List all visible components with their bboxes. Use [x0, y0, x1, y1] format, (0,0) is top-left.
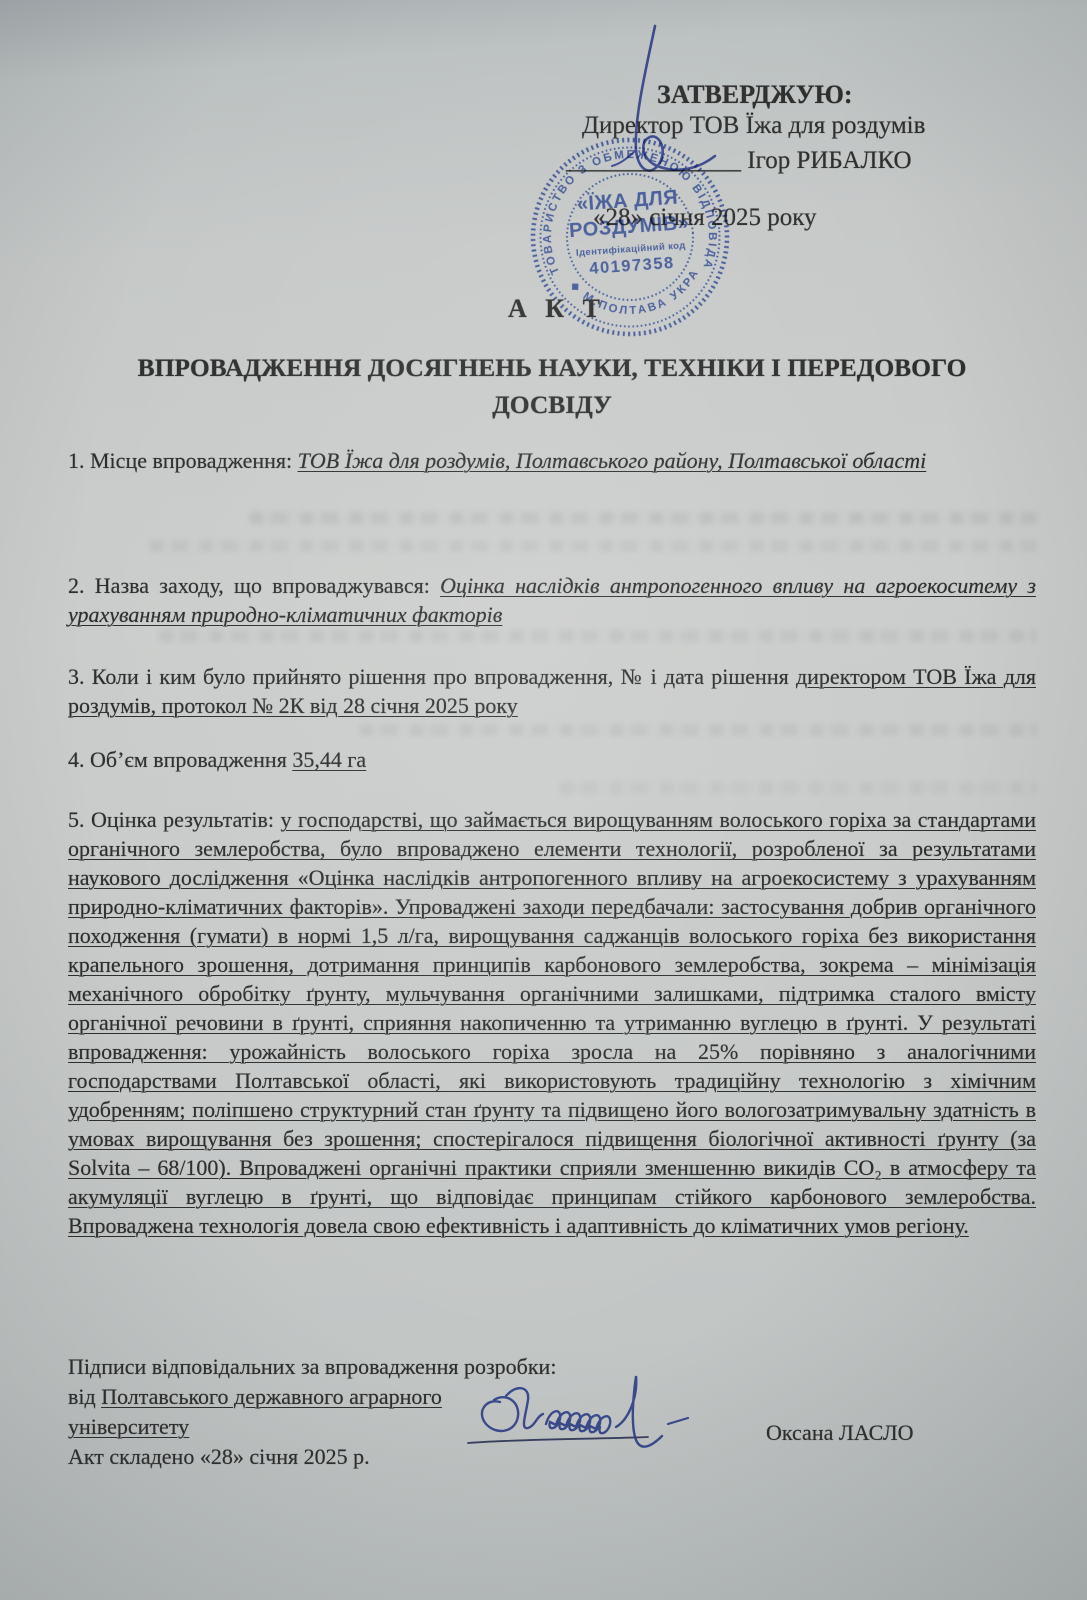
field-results-value: у господарстві, що займається вирощуванн… [68, 807, 1036, 1238]
signatures-intro: Підписи відповідальних за впровадження р… [68, 1352, 668, 1382]
bleed-through-artifact [360, 724, 1037, 736]
signatures-from-value: Полтавського державного аграрного універ… [68, 1384, 442, 1439]
signatures-block: Підписи відповідальних за впровадження р… [68, 1352, 668, 1472]
signatures-from-label: від [68, 1384, 101, 1409]
act-date-line: Акт складено «28» січня 2025 р. [68, 1442, 668, 1472]
field-measure-name: 2. Назва заходу, що впроваджувався: Оцін… [68, 571, 1036, 629]
approval-title: ЗАТВЕРДЖУЮ: [657, 80, 853, 110]
doc-title: А К Т [508, 294, 606, 324]
doc-subtitle: ВПРОВАДЖЕННЯ ДОСЯГНЕНЬ НАУКИ, ТЕХНІКИ І … [85, 349, 1020, 423]
field-results: 5. Оцінка результатів: у господарстві, щ… [68, 805, 1036, 1240]
approval-name: Ігор РИБАЛКО [747, 147, 911, 174]
stamp-id-code: 40197358 [589, 254, 675, 278]
field-place-value: ТОВ Їжа для роздумів, Полтавського район… [298, 448, 927, 473]
field-measure-label: 2. Назва заходу, що впроваджувався: [68, 573, 440, 598]
field-volume: 4. Об’єм впровадження 35,44 га [68, 745, 1036, 774]
field-place: 1. Місце впровадження: ТОВ Їжа для розду… [68, 446, 1036, 475]
bleed-through-artifact [150, 540, 1037, 552]
signer-name: Оксана ЛАСЛО [766, 1420, 914, 1446]
field-volume-value: 35,44 га [292, 747, 366, 772]
field-volume-label: 4. Об’єм впровадження [68, 747, 292, 772]
bleed-through-artifact [160, 630, 1037, 642]
scanned-act-document: ЗАТВЕРДЖУЮ: Директор ТОВ Їжа для роздумі… [0, 0, 1087, 1600]
field-place-label: 1. Місце впровадження: [68, 448, 298, 473]
field-decision: 3. Коли і ким було прийнято рішення про … [68, 662, 1036, 720]
field-decision-label: 3. Коли і ким було прийнято рішення про … [68, 664, 796, 689]
bleed-through-artifact [250, 512, 1037, 524]
field-results-label: 5. Оцінка результатів: [68, 807, 280, 832]
bleed-through-artifact [560, 782, 1037, 794]
stamp-company-name-line2: РОЗДУМІВ» [568, 212, 690, 242]
doc-heading-wrap: ВПРОВАДЖЕННЯ ДОСЯГНЕНЬ НАУКИ, ТЕХНІКИ І … [68, 349, 1036, 423]
signatures-from: від Полтавського державного аграрного ун… [68, 1382, 508, 1442]
stamp-company-name-line1: «ЇЖА ДЛЯ [576, 186, 679, 216]
